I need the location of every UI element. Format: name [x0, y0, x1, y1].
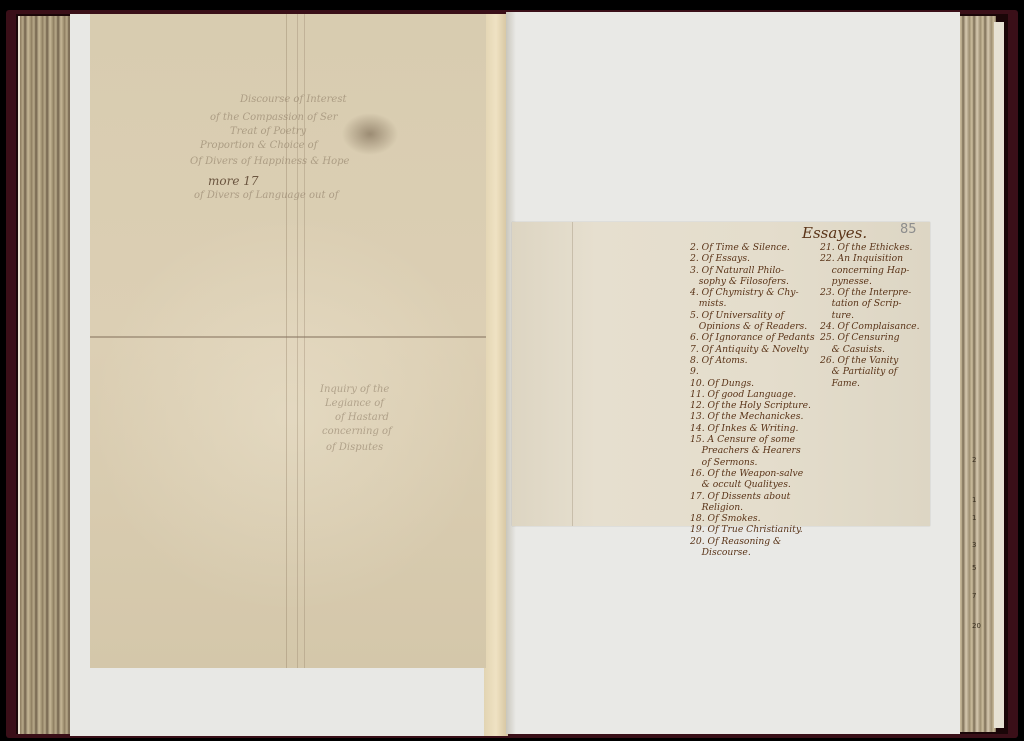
essay-entry: of Sermons.	[690, 457, 815, 468]
edge-mark: 20	[972, 622, 981, 630]
essay-entry: 23. Of the Interpre-	[820, 287, 920, 298]
essay-entry: 22. An Inquisition	[820, 253, 920, 264]
essay-entry: 10. Of Dungs.	[690, 378, 815, 389]
left-manuscript-sheet: Discourse of Interest of the Compassion …	[90, 14, 486, 668]
essay-entry: 25. Of Censuring	[820, 332, 920, 343]
essay-entry: Religion.	[690, 502, 815, 513]
essay-entry: tation of Scrip-	[820, 298, 920, 309]
essay-entry: 2. Of Time & Silence.	[690, 242, 815, 253]
essay-entry: concerning Hap-	[820, 265, 920, 276]
essay-entry: sophy & Filosofers.	[690, 276, 815, 287]
essay-list-right-column: 21. Of the Ethickes.22. An Inquisition c…	[820, 242, 920, 389]
essay-entry: 21. Of the Ethickes.	[820, 242, 920, 253]
bleed-through-line: Inquiry of the	[320, 384, 389, 395]
manuscript-heading: Essayes.	[802, 224, 867, 242]
essay-entry: & Casuists.	[820, 344, 920, 355]
left-fore-edge	[20, 16, 72, 734]
essay-entry: 15. A Censure of some	[690, 434, 815, 445]
binding-gutter	[484, 14, 508, 736]
vertical-fold-line	[297, 14, 298, 668]
essay-entry: 5. Of Universality of	[690, 310, 815, 321]
vertical-fold-line	[286, 14, 287, 668]
edge-mark: 1	[972, 496, 976, 504]
right-page-block-edge	[994, 22, 1004, 728]
essay-list-left-column: 2. Of Time & Silence.2. Of Essays.3. Of …	[690, 242, 815, 558]
essay-entry: 16. Of the Weapon-salve	[690, 468, 815, 479]
essay-entry: pynesse.	[820, 276, 920, 287]
essay-entry: 2. Of Essays.	[690, 253, 815, 264]
edge-mark: 3	[972, 541, 976, 549]
essay-entry: 13. Of the Mechanickes.	[690, 411, 815, 422]
essay-entry: Preachers & Hearers	[690, 445, 815, 456]
essay-entry: 4. Of Chymistry & Chy-	[690, 287, 815, 298]
folio-number: 85	[900, 222, 917, 237]
bleed-through-line: more 17	[208, 174, 259, 188]
edge-mark: 1	[972, 514, 976, 522]
bleed-through-line: of Disputes	[326, 442, 383, 453]
essay-entry: & Partiality of	[820, 366, 920, 377]
essay-entry: 19. Of True Christianity.	[690, 524, 815, 535]
essay-entry: 20. Of Reasoning &	[690, 536, 815, 547]
essay-entry: 6. Of Ignorance of Pedants	[690, 332, 815, 343]
essay-entry: & occult Qualityes.	[690, 479, 815, 490]
essay-entry: 17. Of Dissents about	[690, 491, 815, 502]
bleed-through-line: Of Divers of Happiness & Hope	[190, 156, 349, 167]
bleed-through-line: Proportion & Choice of	[200, 140, 317, 151]
bleed-through-line: of the Compassion of Ser	[210, 112, 338, 123]
essay-entry: 11. Of good Language.	[690, 389, 815, 400]
edge-mark: 5	[972, 564, 976, 572]
essay-entry: 12. Of the Holy Scripture.	[690, 400, 815, 411]
essay-entry: 26. Of the Vanity	[820, 355, 920, 366]
bleed-through-line: concerning of	[322, 426, 392, 437]
essay-entry: Fame.	[820, 378, 920, 389]
bleed-through-line: Legiance of	[325, 398, 384, 409]
edge-mark: 2	[972, 456, 976, 464]
essay-entry: 8. Of Atoms.	[690, 355, 815, 366]
essay-entry: 3. Of Naturall Philo-	[690, 265, 815, 276]
vertical-fold-line	[304, 14, 305, 668]
essay-entry: mists.	[690, 298, 815, 309]
essay-entry: 9.	[690, 366, 815, 377]
essay-entry: Discourse.	[690, 547, 815, 558]
bleed-through-line: Discourse of Interest	[240, 94, 347, 105]
essay-entry: ture.	[820, 310, 920, 321]
bleed-through-line: Treat of Poetry	[230, 126, 306, 137]
essay-entry: 7. Of Antiquity & Novelty	[690, 344, 815, 355]
essay-entry: 24. Of Complaisance.	[820, 321, 920, 332]
essay-entry: 18. Of Smokes.	[690, 513, 815, 524]
bleed-through-line: of Divers of Language out of	[194, 190, 338, 201]
edge-mark: 7	[972, 592, 976, 600]
right-fore-edge: 2 1 1 3 5 7 20	[958, 16, 996, 732]
sheet-fold-line	[572, 222, 573, 526]
essay-entry: 14. Of Inkes & Writing.	[690, 423, 815, 434]
bleed-through-line: of Hastard	[335, 412, 389, 423]
horizontal-fold-line	[90, 336, 486, 338]
essay-entry: Opinions & of Readers.	[690, 321, 815, 332]
